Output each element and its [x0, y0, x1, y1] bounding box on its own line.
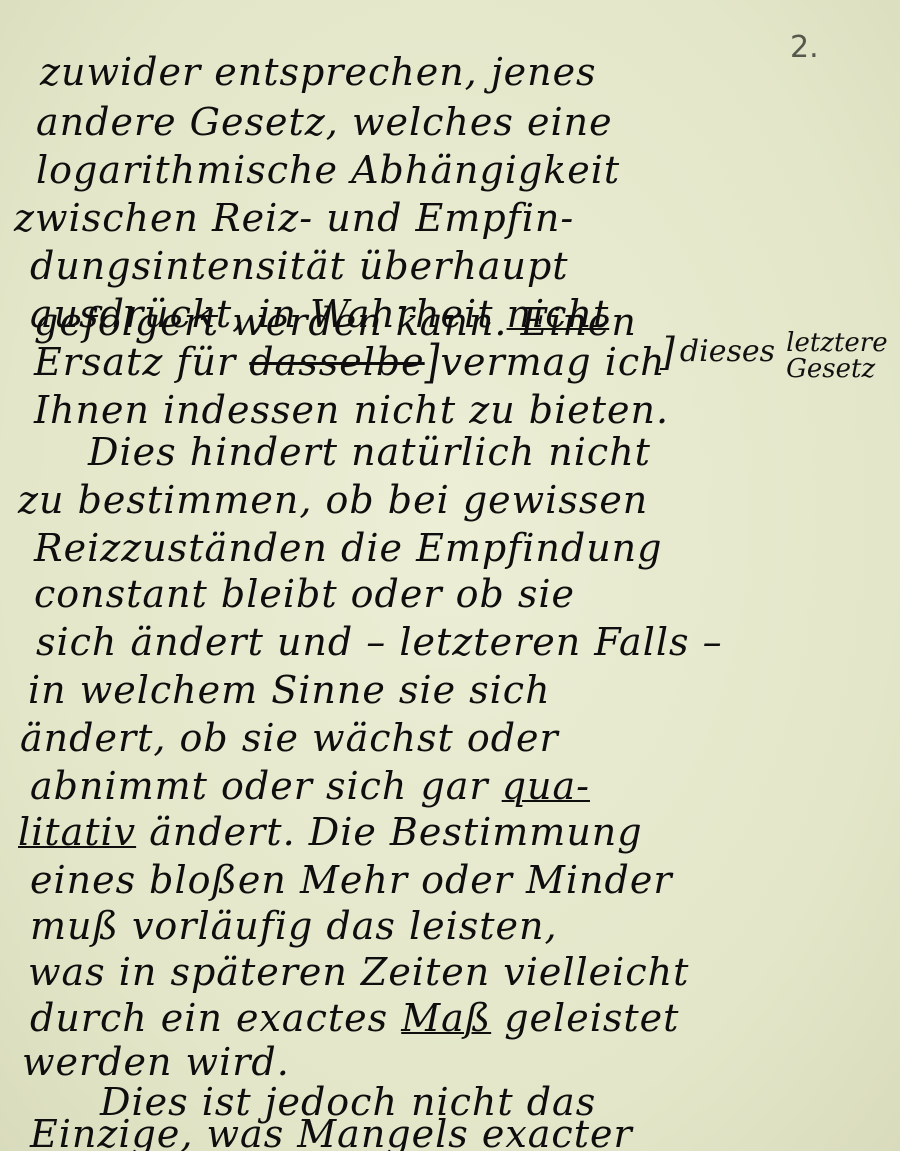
struck-word: dasselbe — [249, 340, 424, 384]
insertion-mark: ] — [660, 330, 675, 374]
line-text: durch ein exactes — [30, 996, 401, 1040]
underlined-word: qua- — [502, 764, 590, 808]
manuscript-line-4: zwischen Reiz- und Empfin- — [14, 196, 574, 240]
manuscript-line-10: Dies hindert natürlich nicht — [88, 430, 651, 474]
manuscript-line-18: litativ ändert. Die Bestimmung — [18, 810, 643, 854]
insertion-mark: ] — [425, 336, 441, 389]
manuscript-line-9: Ihnen indessen nicht zu bieten. — [34, 388, 669, 432]
manuscript-line-21: was in späteren Zeiten vielleicht — [28, 950, 689, 994]
manuscript-line-5: dungsintensität überhaupt — [30, 244, 569, 288]
page-number: 2. — [790, 30, 819, 65]
manuscript-line-25: Einzige, was Mangels exacter — [30, 1112, 633, 1151]
manuscript-line-8: Ersatz für dasselbe]vermag ich — [34, 340, 666, 384]
line-text: Ersatz für — [34, 340, 236, 384]
line-text: geleistet — [491, 996, 679, 1040]
manuscript-line-22: durch ein exactes Maß geleistet — [30, 996, 679, 1040]
manuscript-line-17: abnimmt oder sich gar qua- — [30, 764, 590, 808]
margin-note: ] dieses letztere Gesetz — [660, 330, 888, 382]
manuscript-line-11: zu bestimmen, ob bei gewissen — [18, 478, 648, 522]
manuscript-line-20: muß vorläufig das leisten, — [30, 904, 558, 948]
manuscript-line-12: Reizzuständen die Empfindung — [34, 526, 662, 570]
margin-note-text: dieses — [680, 334, 775, 369]
manuscript-line-13: constant bleibt oder ob sie — [34, 572, 575, 616]
margin-note-bottom: Gesetz — [786, 354, 875, 384]
manuscript-line-16: ändert, ob sie wächst oder — [20, 716, 559, 760]
manuscript-line-15: in welchem Sinne sie sich — [28, 668, 551, 712]
underlined-word: litativ — [18, 810, 136, 854]
manuscript-line-7: gefolgert werden kann. Einen — [34, 300, 637, 344]
manuscript-line-23: werden wird. — [22, 1040, 290, 1084]
manuscript-line-14: sich ändert und – letzteren Falls – — [36, 620, 723, 664]
manuscript-line-19: eines bloßen Mehr oder Minder — [30, 858, 673, 902]
line-text: ändert. Die Bestimmung — [136, 810, 642, 854]
line-text: vermag ich — [441, 340, 666, 384]
underlined-word: Maß — [401, 996, 491, 1040]
manuscript-line-2: andere Gesetz, welches eine — [36, 100, 613, 144]
line-text: abnimmt oder sich gar — [30, 764, 502, 808]
manuscript-line-3: logarithmische Abhängigkeit — [36, 148, 620, 192]
margin-note-stack: letztere Gesetz — [786, 330, 888, 382]
manuscript-line-1: zuwider entsprechen, jenes — [40, 50, 597, 94]
